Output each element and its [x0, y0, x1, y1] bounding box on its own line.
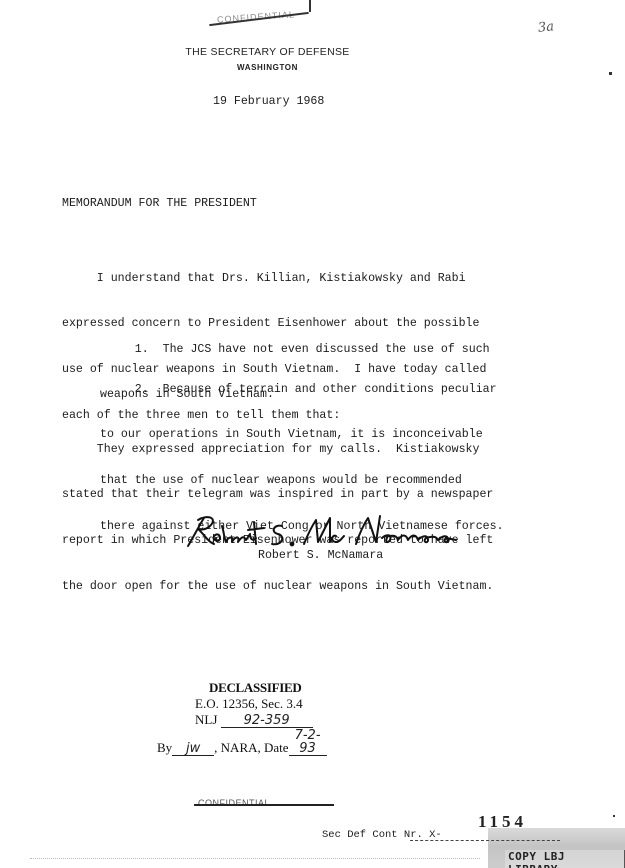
- nlj-line: NLJ 92-359: [195, 712, 313, 729]
- declassification-date: 7-2-93: [289, 729, 327, 756]
- declassification-stamp: DECLASSIFIED E.O. 12356, Sec. 3.4 NLJ 92…: [157, 680, 377, 750]
- memo-date: 19 February 1968: [213, 95, 324, 108]
- text-line: I understand that Drs. Killian, Kistiako…: [62, 271, 486, 286]
- text-line: 2. Because of terrain and other conditio…: [100, 382, 504, 397]
- lbj-library-stamp: COPY LBJ LIBRARY: [505, 850, 625, 868]
- body-paragraph-3: They expressed appreciation for my calls…: [62, 411, 493, 610]
- memo-heading: MEMORANDUM FOR THE PRESIDENT: [62, 197, 257, 210]
- by-label: By: [157, 740, 172, 755]
- scan-speck: [613, 815, 615, 817]
- handwritten-signature: [184, 512, 474, 552]
- control-number-underline: [410, 840, 560, 841]
- signature-icon: [184, 512, 474, 552]
- nlj-label: NLJ: [195, 712, 217, 727]
- handwritten-page-annotation: 3a: [537, 19, 555, 36]
- agency-date-label: , NARA, Date: [214, 740, 288, 755]
- declassified-heading: DECLASSIFIED: [209, 680, 302, 697]
- scan-noise-line: [30, 858, 480, 859]
- stamp-corner-mark: [309, 0, 311, 12]
- declassification-authority: E.O. 12356, Sec. 3.4: [195, 696, 303, 713]
- declassified-by-line: Byjw, NARA, Date7-2-93: [157, 729, 327, 757]
- nlj-number: 92-359: [221, 714, 313, 728]
- control-number: 1154: [478, 812, 527, 832]
- scan-speck: [609, 72, 612, 75]
- typed-signer-name: Robert S. McNamara: [258, 549, 383, 562]
- letterhead-subtitle: WASHINGTON: [0, 63, 535, 72]
- text-line: They expressed appreciation for my calls…: [62, 442, 493, 457]
- letterhead-title: THE SECRETARY OF DEFENSE: [0, 46, 535, 58]
- strike-through-line: [194, 804, 334, 806]
- bottom-classification-stamp: CONFIDENTIAL: [198, 798, 270, 808]
- top-classification-stamp: CONFIDENTIAL: [205, 8, 315, 30]
- text-line: stated that their telegram was inspired …: [62, 487, 493, 502]
- text-line: the door open for the use of nuclear wea…: [62, 579, 493, 594]
- bottom-classification-text: CONFIDENTIAL: [198, 798, 270, 808]
- reviewer-initials: jw: [172, 742, 214, 756]
